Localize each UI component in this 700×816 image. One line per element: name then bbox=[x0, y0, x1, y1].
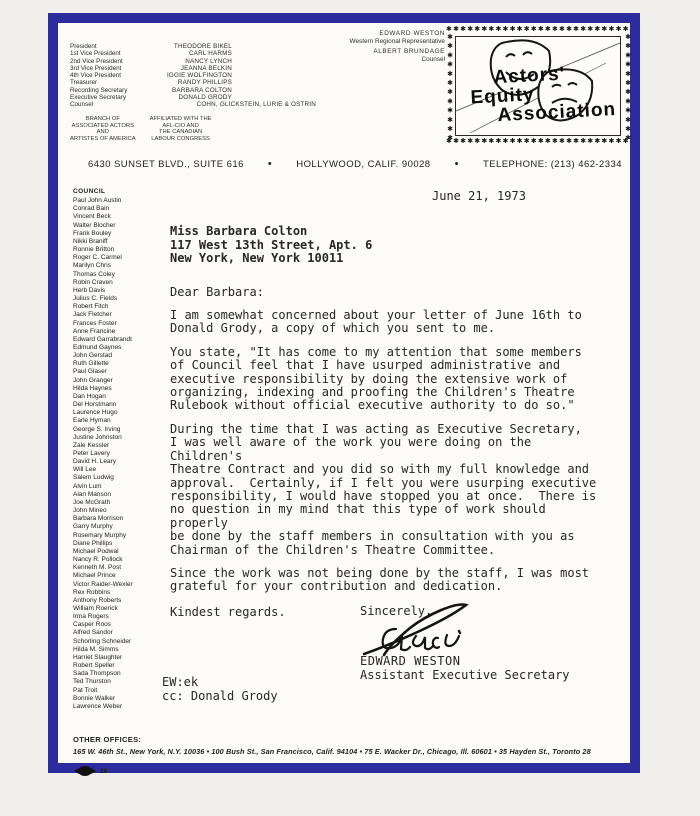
council-member: Laurence Hugo bbox=[73, 409, 169, 417]
officer-title: Treasurer bbox=[70, 79, 97, 86]
star-border-icon: ✱✱✱✱✱✱✱✱✱✱✱✱✱✱✱✱✱✱✱✱✱✱✱✱✱✱✱✱✱✱✱✱✱✱ bbox=[446, 26, 630, 34]
signature-title: Assistant Executive Secretary bbox=[360, 669, 570, 682]
council-member: Casper Roos bbox=[73, 621, 169, 629]
street-address: 6430 SUNSET BLVD., SUITE 616 bbox=[88, 159, 244, 170]
council-member: Ted Thurston bbox=[73, 678, 169, 686]
officer-row: Recording Secretary BARBARA COLTON bbox=[70, 87, 232, 94]
council-member: Victor Raider-Wexler bbox=[73, 581, 169, 589]
council-member: Salem Ludwig bbox=[73, 474, 169, 482]
council-member: Ronnie Britton bbox=[73, 246, 169, 254]
council-member: Frank Bouley bbox=[73, 230, 169, 238]
officer-title: 2nd Vice President bbox=[70, 58, 123, 65]
telephone: TELEPHONE: (213) 462-2334 bbox=[483, 159, 622, 170]
council-member: Jack Fletcher bbox=[73, 311, 169, 319]
council-member: Julius C. Fields bbox=[73, 295, 169, 303]
counsel-title: Counsel bbox=[263, 56, 445, 64]
council-member: Roger C. Carmel bbox=[73, 254, 169, 262]
council-member: Vincent Beck bbox=[73, 213, 169, 221]
union-label-row: 28 bbox=[73, 765, 641, 777]
council-roster: COUNCIL Paul John AustinConrad BainVince… bbox=[73, 188, 169, 711]
council-member: Nikki Braniff bbox=[73, 238, 169, 246]
officer-title: 1st Vice President bbox=[70, 50, 121, 57]
officer-title: 4th Vice President bbox=[70, 72, 121, 79]
page-frame: President THEODORE BIKEL 1st Vice Presid… bbox=[48, 13, 640, 773]
council-member: Schorling Schneider bbox=[73, 638, 169, 646]
handwritten-signature bbox=[358, 598, 478, 660]
council-member: Pat Troit bbox=[73, 687, 169, 695]
council-member: Joe McGrath bbox=[73, 499, 169, 507]
officer-name: RANDY PHILLIPS bbox=[178, 79, 232, 86]
regional-rep-block: EDWARD WESTON Western Regional Represent… bbox=[263, 30, 445, 63]
council-member: Harriet Slaughter bbox=[73, 654, 169, 662]
branch-text: BRANCH OF ASSOCIATED ACTORS AND ARTISTES… bbox=[70, 116, 136, 142]
letter-paragraph: I am somewhat concerned about your lette… bbox=[170, 309, 606, 336]
council-member: Thomas Coley bbox=[73, 271, 169, 279]
officer-name: DONALD GRODY bbox=[179, 94, 232, 101]
council-member: Michael Podwal bbox=[73, 548, 169, 556]
officer-row: Treasurer RANDY PHILLIPS bbox=[70, 79, 232, 86]
bullet-separator: • bbox=[455, 158, 459, 170]
council-member: Walter Blocher bbox=[73, 222, 169, 230]
council-member: Alan Manson bbox=[73, 491, 169, 499]
officer-row: President THEODORE BIKEL bbox=[70, 43, 232, 50]
footer: OTHER OFFICES: 165 W. 46th St., New York… bbox=[73, 735, 641, 777]
council-member: Peter Lavery bbox=[73, 450, 169, 458]
council-member: Herb Davis bbox=[73, 287, 169, 295]
address-bar: 6430 SUNSET BLVD., SUITE 616 • HOLLYWOOD… bbox=[58, 152, 628, 172]
council-member: Edward Garrabrandt bbox=[73, 336, 169, 344]
officer-name: IGGIE WOLFINGTON bbox=[167, 72, 232, 79]
council-member: David H. Leary bbox=[73, 458, 169, 466]
council-member: George S. Irving bbox=[73, 426, 169, 434]
council-member: Barbara Morrison bbox=[73, 515, 169, 523]
council-member: Anne Francine bbox=[73, 328, 169, 336]
council-members: Paul John AustinConrad BainVincent BeckW… bbox=[73, 197, 169, 711]
officer-title: Executive Secretary bbox=[70, 94, 126, 101]
council-member: Ruth Gillette bbox=[73, 360, 169, 368]
council-member: Bonnie Walker bbox=[73, 695, 169, 703]
council-member: Rosemary Murphy bbox=[73, 532, 169, 540]
other-offices-heading: OTHER OFFICES: bbox=[73, 735, 641, 744]
cc-line: cc: Donald Grody bbox=[162, 690, 278, 703]
union-bug-icon bbox=[73, 765, 97, 777]
council-member: Irma Rogers bbox=[73, 613, 169, 621]
officer-title: President bbox=[70, 43, 97, 50]
council-member: Frances Foster bbox=[73, 320, 169, 328]
council-member: Michael Prince bbox=[73, 572, 169, 580]
counsel-name: ALBERT BRUNDAGE bbox=[263, 48, 445, 56]
letter-paragraphs: I am somewhat concerned about your lette… bbox=[170, 309, 606, 594]
council-member: Conrad Bain bbox=[73, 205, 169, 213]
council-member: Robert Speller bbox=[73, 662, 169, 670]
council-member: John Gerstad bbox=[73, 352, 169, 360]
officer-title: Counsel bbox=[70, 101, 93, 108]
officer-row: 1st Vice President CARL HARMS bbox=[70, 50, 232, 57]
regional-rep-name: EDWARD WESTON bbox=[263, 30, 445, 38]
council-member: Rex Robbins bbox=[73, 589, 169, 597]
letter-paragraph: Since the work was not being done by the… bbox=[170, 567, 606, 594]
salutation: Dear Barbara: bbox=[170, 286, 606, 299]
officer-row: 4th Vice President IGGIE WOLFINGTON bbox=[70, 72, 232, 79]
council-member: William Roerick bbox=[73, 605, 169, 613]
council-member: Alvin Lum bbox=[73, 483, 169, 491]
council-member: Will Lee bbox=[73, 466, 169, 474]
recipient-address: Miss Barbara Colton 117 West 13th Street… bbox=[170, 225, 606, 265]
council-member: Robin Craven bbox=[73, 279, 169, 287]
letter-paragraph: During the time that I was acting as Exe… bbox=[170, 423, 606, 557]
letter-date: June 21, 1973 bbox=[432, 190, 606, 203]
council-member: John Mineo bbox=[73, 507, 169, 515]
council-member: Garry Murphy bbox=[73, 523, 169, 531]
council-member: Marilyn Chris bbox=[73, 262, 169, 270]
officer-title: 3rd Vice President bbox=[70, 65, 121, 72]
officer-title: Recording Secretary bbox=[70, 87, 127, 94]
officer-name: THEODORE BIKEL bbox=[174, 43, 232, 50]
comedy-tragedy-masks-icon: Actors' Equity Association bbox=[456, 37, 620, 133]
council-member: Hilda M. Simms bbox=[73, 646, 169, 654]
council-member: Del Horstmann bbox=[73, 401, 169, 409]
council-member: Robert Fitch bbox=[73, 303, 169, 311]
officer-row: Executive Secretary DONALD GRODY bbox=[70, 94, 232, 101]
council-member: Hilda Haynes bbox=[73, 385, 169, 393]
council-member: John Granger bbox=[73, 377, 169, 385]
typist-initials: EW:ek bbox=[162, 676, 198, 689]
affiliation-text: AFFILIATED WITH THE AFL-CIO AND THE CANA… bbox=[150, 116, 212, 142]
signature-name: EDWARD WESTON bbox=[360, 655, 460, 668]
other-offices-line: 165 W. 46th St., New York, N.Y. 10036 • … bbox=[73, 747, 641, 756]
union-label-number: 28 bbox=[100, 768, 107, 775]
council-member: Dan Hogan bbox=[73, 393, 169, 401]
star-border-icon: ✱✱✱✱✱✱✱✱✱✱✱✱✱✱✱✱✱✱✱✱ bbox=[445, 33, 453, 139]
officer-row: 3rd Vice President JEANNA BELKIN bbox=[70, 65, 232, 72]
officer-name: JEANNA BELKIN bbox=[181, 65, 232, 72]
council-member: Nancy R. Pollock bbox=[73, 556, 169, 564]
council-member: Lawrence Weber bbox=[73, 703, 169, 711]
city-address: HOLLYWOOD, CALIF. 90028 bbox=[296, 159, 430, 170]
bullet-separator: • bbox=[268, 158, 272, 170]
equity-logo: ✱✱✱✱✱✱✱✱✱✱✱✱✱✱✱✱✱✱✱✱✱✱✱✱✱✱✱✱✱✱✱✱✱✱ ✱✱✱✱✱… bbox=[446, 28, 630, 144]
letter-body: June 21, 1973 Miss Barbara Colton 117 We… bbox=[170, 190, 606, 720]
officer-name: COHN, GLICKSTEIN, LURIE & OSTRIN bbox=[197, 101, 316, 108]
officer-name: BARBARA COLTON bbox=[172, 87, 232, 94]
council-heading: COUNCIL bbox=[73, 188, 169, 196]
officer-name: CARL HARMS bbox=[189, 50, 232, 57]
officer-name: NANCY LYNCH bbox=[185, 58, 232, 65]
council-member: Zale Kessler bbox=[73, 442, 169, 450]
council-member: Anthony Roberts bbox=[73, 597, 169, 605]
regional-rep-title: Western Regional Representative bbox=[263, 38, 445, 46]
council-member: Kenneth M. Post bbox=[73, 564, 169, 572]
council-member: Sada Thompson bbox=[73, 670, 169, 678]
officer-row: Counsel COHN, GLICKSTEIN, LURIE & OSTRIN bbox=[70, 101, 316, 108]
council-member: Justine Johnston bbox=[73, 434, 169, 442]
council-member: Earle Hyman bbox=[73, 417, 169, 425]
council-member: Paul Glaser bbox=[73, 368, 169, 376]
council-member: Alfred Sandor bbox=[73, 629, 169, 637]
council-member: Edmund Gaynes bbox=[73, 344, 169, 352]
star-border-icon: ✱✱✱✱✱✱✱✱✱✱✱✱✱✱✱✱✱✱✱✱✱✱✱✱✱✱✱✱✱✱✱✱✱✱ bbox=[446, 138, 630, 146]
council-member: Paul John Austin bbox=[73, 197, 169, 205]
officer-row: 2nd Vice President NANCY LYNCH bbox=[70, 58, 232, 65]
council-member: Diane Phillips bbox=[73, 540, 169, 548]
letter-page: President THEODORE BIKEL 1st Vice Presid… bbox=[58, 23, 630, 763]
affiliation-blocks: BRANCH OF ASSOCIATED ACTORS AND ARTISTES… bbox=[70, 116, 212, 142]
letter-paragraph: You state, "It has come to my attention … bbox=[170, 346, 606, 413]
star-border-icon: ✱✱✱✱✱✱✱✱✱✱✱✱✱✱✱✱✱✱✱✱ bbox=[623, 33, 631, 139]
officers-list: President THEODORE BIKEL 1st Vice Presid… bbox=[70, 43, 232, 109]
